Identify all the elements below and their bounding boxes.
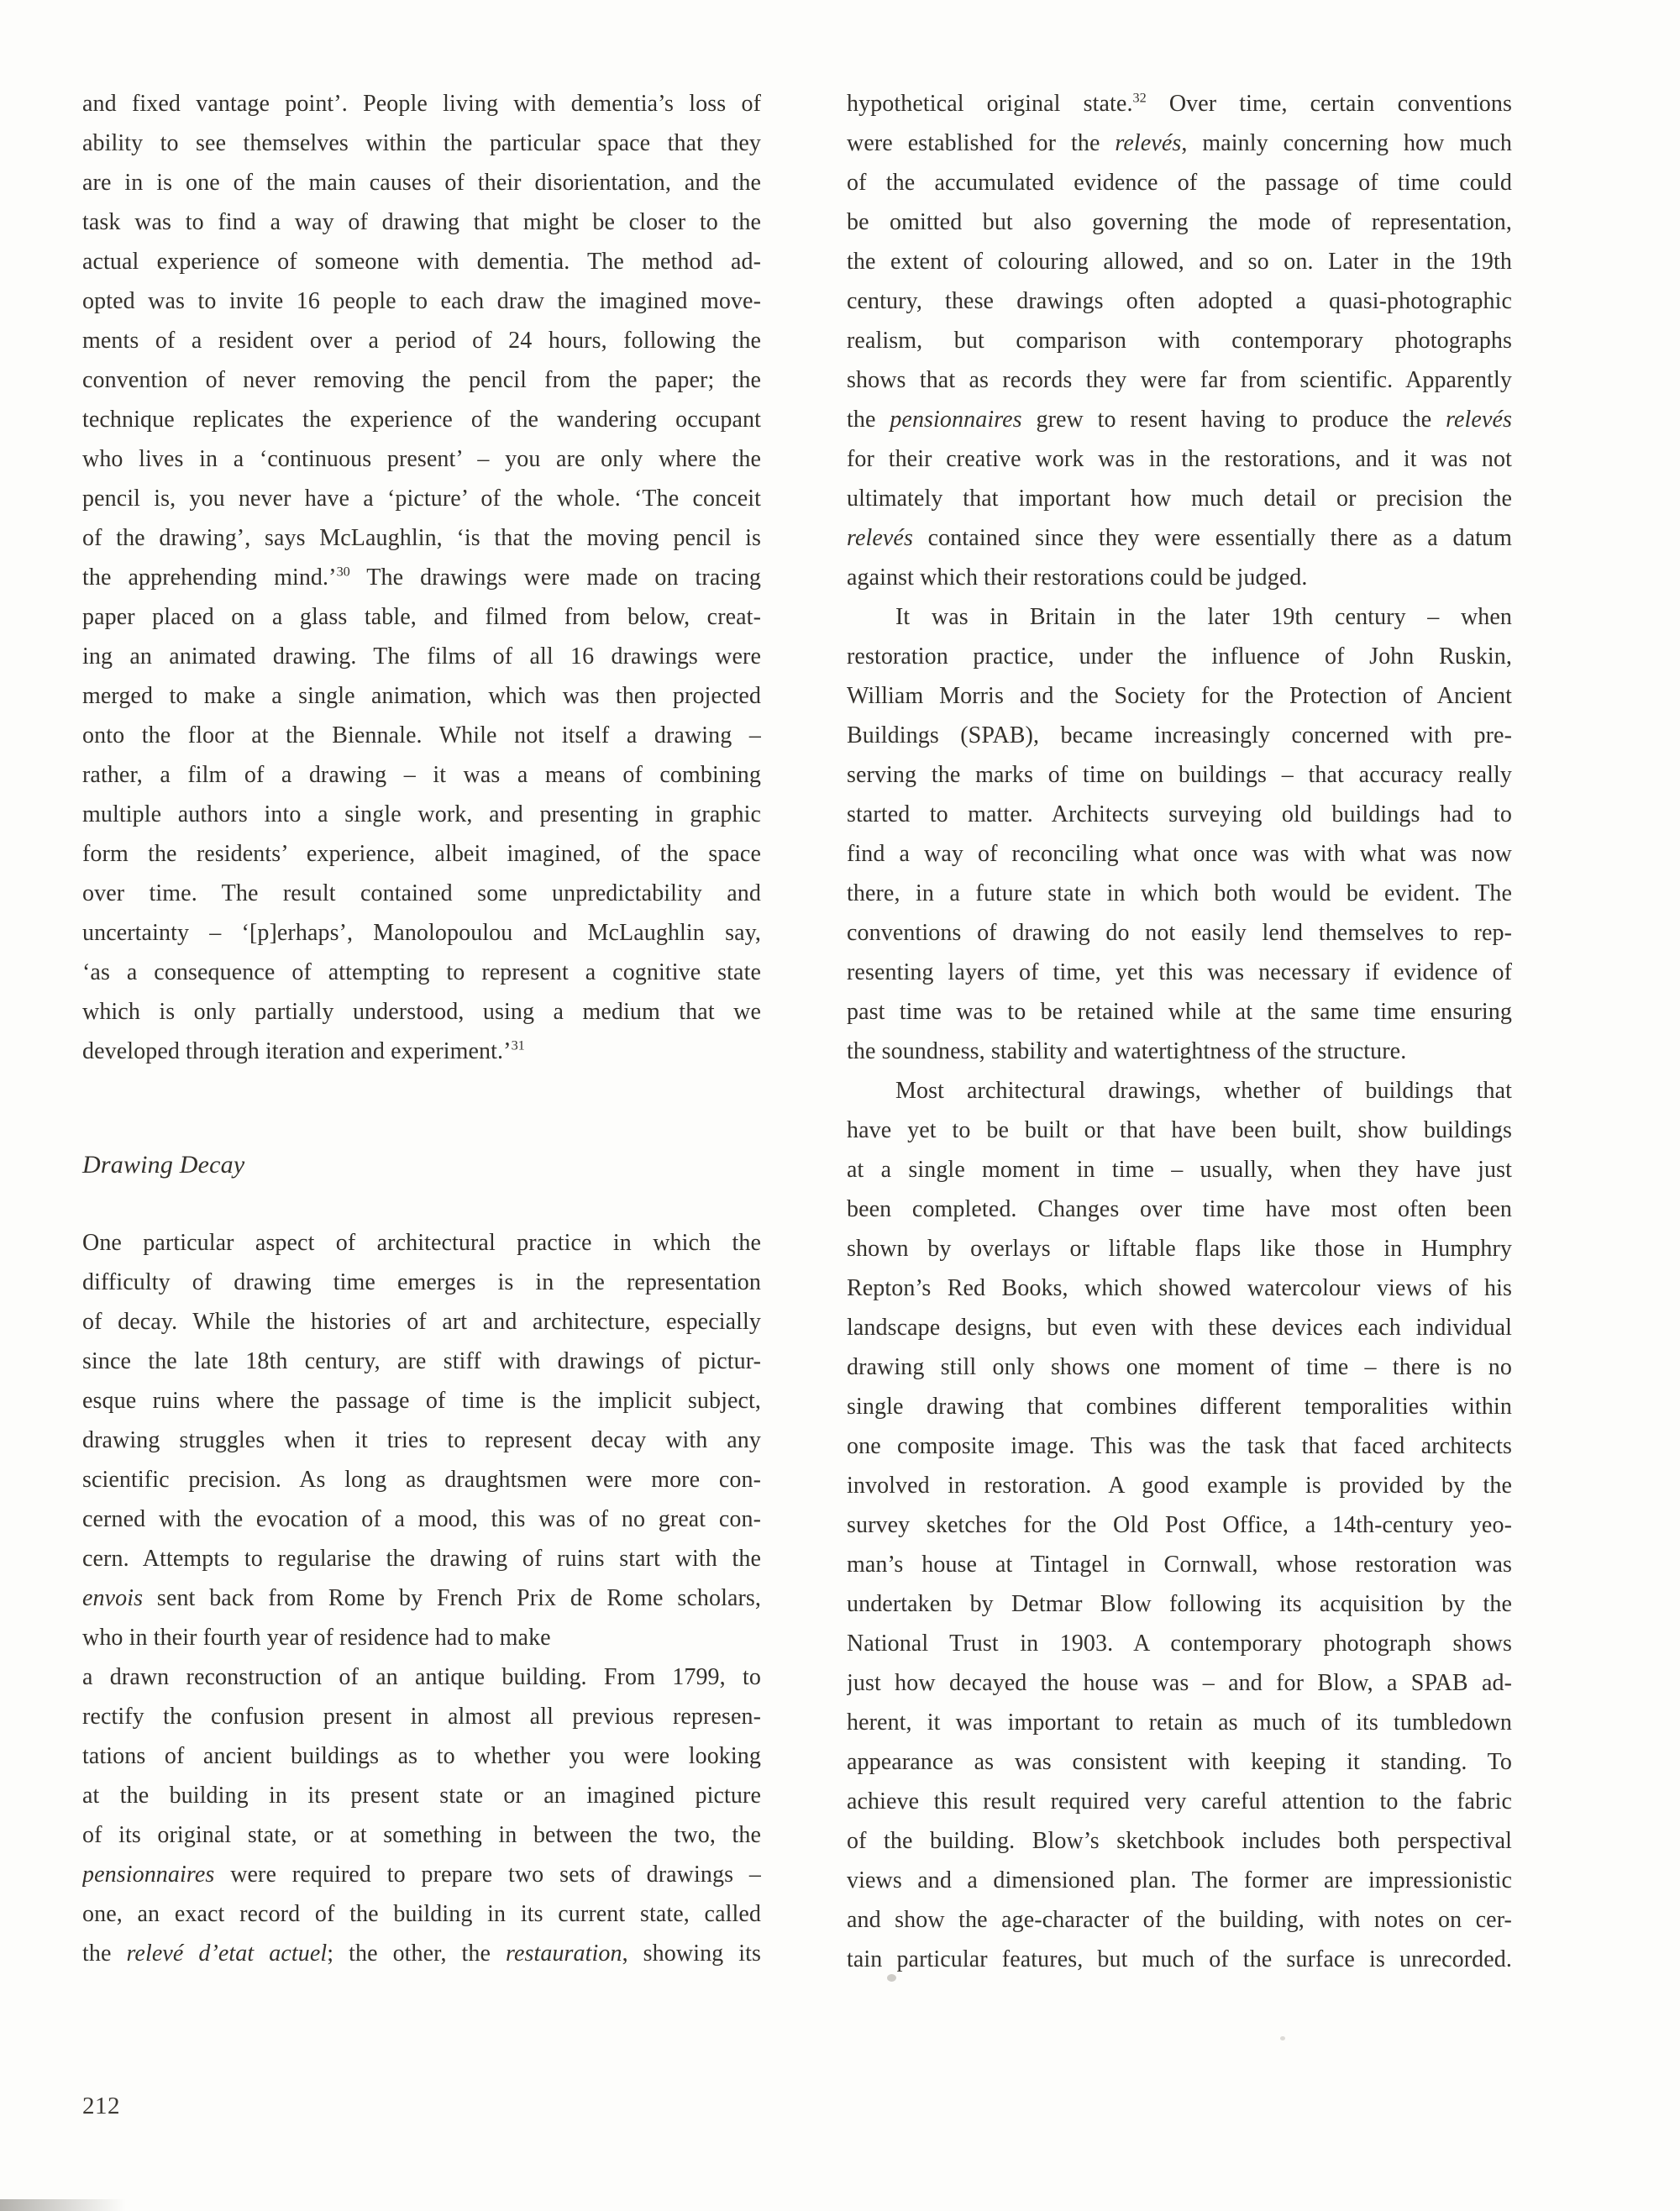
text-line: at the building in its present state or …	[82, 1776, 761, 1815]
text-line: century, these drawings often adopted a …	[847, 281, 1512, 321]
text-line: of the building. Blow’s sketchbook inclu…	[847, 1821, 1512, 1861]
text-line: merged to make a single animation, which…	[82, 676, 761, 716]
text-line: cerned with the evocation of a mood, thi…	[82, 1499, 761, 1539]
text-line: a drawn reconstruction of an antique bui…	[82, 1657, 761, 1697]
text-line: the soundness, stability and watertightn…	[847, 1032, 1512, 1071]
text-line: ultimately that important how much detai…	[847, 479, 1512, 518]
text-line: survey sketches for the Old Post Office,…	[847, 1505, 1512, 1545]
text-line: William Morris and the Society for the P…	[847, 676, 1512, 716]
text-line: single drawing that combines different t…	[847, 1387, 1512, 1426]
text-line: since the late 18th century, are stiff w…	[82, 1342, 761, 1381]
text-line: ments of a resident over a period of 24 …	[82, 321, 761, 360]
text-line: man’s house at Tintagel in Cornwall, who…	[847, 1545, 1512, 1584]
text-line: developed through iteration and experime…	[82, 1032, 761, 1071]
text-line: cern. Attempts to regularise the drawing…	[82, 1539, 761, 1578]
section-heading: Drawing Decay	[82, 1145, 761, 1184]
scan-speck	[1280, 2036, 1285, 2040]
text-line: It was in Britain in the later 19th cent…	[847, 597, 1512, 637]
text-line: ‘as a consequence of attempting to repre…	[82, 953, 761, 992]
text-line: shown by overlays or liftable flaps like…	[847, 1229, 1512, 1268]
text-line: relevés contained since they were essent…	[847, 518, 1512, 558]
text-line: which is only partially understood, usin…	[82, 992, 761, 1032]
text-line: Most architectural drawings, whether of …	[847, 1071, 1512, 1111]
paragraph: One particular aspect of architectural p…	[82, 1223, 761, 1973]
text-line: onto the floor at the Biennale. While no…	[82, 716, 761, 755]
text-line: past time was to be retained while at th…	[847, 992, 1512, 1032]
text-line: opted was to invite 16 people to each dr…	[82, 281, 761, 321]
text-line: be omitted but also governing the mode o…	[847, 202, 1512, 242]
text-line: uncertainty – ‘[p]erhaps’, Manolopoulou …	[82, 913, 761, 953]
text-line: multiple authors into a single work, and…	[82, 795, 761, 834]
text-line: pencil is, you never have a ‘picture’ of…	[82, 479, 761, 518]
scan-speck	[887, 1974, 896, 1982]
text-line: of the drawing’, says McLaughlin, ‘is th…	[82, 518, 761, 558]
text-line: convention of never removing the pencil …	[82, 360, 761, 400]
text-line: task was to find a way of drawing that m…	[82, 202, 761, 242]
text-line: conventions of drawing do not easily len…	[847, 913, 1512, 953]
book-page: and fixed vantage point’. People living …	[0, 0, 1680, 2211]
text-line: Buildings (SPAB), became increasingly co…	[847, 716, 1512, 755]
text-line: started to matter. Architects surveying …	[847, 795, 1512, 834]
text-line: One particular aspect of architectural p…	[82, 1223, 761, 1263]
text-line: are in is one of the main causes of thei…	[82, 163, 761, 202]
paragraph: hypothetical original state.32 Over time…	[847, 84, 1512, 597]
text-line: landscape designs, but even with these d…	[847, 1308, 1512, 1347]
text-line: hypothetical original state.32 Over time…	[847, 84, 1512, 123]
text-line: over time. The result contained some unp…	[82, 874, 761, 913]
text-line: scientific precision. As long as draught…	[82, 1460, 761, 1499]
text-line: realism, but comparison with contemporar…	[847, 321, 1512, 360]
text-line: of the accumulated evidence of the passa…	[847, 163, 1512, 202]
text-line: technique replicates the experience of t…	[82, 400, 761, 439]
text-line: form the residents’ experience, albeit i…	[82, 834, 761, 874]
text-line: of its original state, or at something i…	[82, 1815, 761, 1855]
text-line: pensionnaires were required to prepare t…	[82, 1855, 761, 1894]
text-line: undertaken by Detmar Blow following its …	[847, 1584, 1512, 1624]
text-line: drawing still only shows one moment of t…	[847, 1347, 1512, 1387]
text-line: paper placed on a glass table, and filme…	[82, 597, 761, 637]
text-line: there, in a future state in which both w…	[847, 874, 1512, 913]
left-column: and fixed vantage point’. People living …	[82, 84, 761, 1973]
text-line: shows that as records they were far from…	[847, 360, 1512, 400]
text-line: one, an exact record of the building in …	[82, 1894, 761, 1934]
text-line: against which their restorations could b…	[847, 558, 1512, 597]
text-line: views and a dimensioned plan. The former…	[847, 1861, 1512, 1900]
paragraph: Most architectural drawings, whether of …	[847, 1071, 1512, 1979]
paragraph: and fixed vantage point’. People living …	[82, 84, 761, 1071]
text-line: the extent of colouring allowed, and so …	[847, 242, 1512, 281]
text-line: envois sent back from Rome by French Pri…	[82, 1578, 761, 1618]
right-column: hypothetical original state.32 Over time…	[847, 84, 1512, 1979]
text-line: appearance as was consistent with keepin…	[847, 1742, 1512, 1782]
text-line: one composite image. This was the task t…	[847, 1426, 1512, 1466]
text-line: actual experience of someone with dement…	[82, 242, 761, 281]
text-line: have yet to be built or that have been b…	[847, 1111, 1512, 1150]
text-line: ability to see themselves within the par…	[82, 123, 761, 163]
text-line: been completed. Changes over time have m…	[847, 1190, 1512, 1229]
scan-edge-shadow	[0, 2199, 126, 2211]
text-line: at a single moment in time – usually, wh…	[847, 1150, 1512, 1190]
text-line: esque ruins where the passage of time is…	[82, 1381, 761, 1421]
text-line: drawing struggles when it tries to repre…	[82, 1421, 761, 1460]
text-line: of decay. While the histories of art and…	[82, 1302, 761, 1342]
text-line: who in their fourth year of residence ha…	[82, 1618, 761, 1657]
text-line: the pensionnaires grew to resent having …	[847, 400, 1512, 439]
text-line: tain particular features, but much of th…	[847, 1940, 1512, 1979]
text-line: achieve this result required very carefu…	[847, 1782, 1512, 1821]
page-number: 212	[82, 2093, 120, 2119]
text-line: National Trust in 1903. A contemporary p…	[847, 1624, 1512, 1663]
text-line: ing an animated drawing. The films of al…	[82, 637, 761, 676]
text-line: resenting layers of time, yet this was n…	[847, 953, 1512, 992]
text-line: the apprehending mind.’30 The drawings w…	[82, 558, 761, 597]
text-line: difficulty of drawing time emerges is in…	[82, 1263, 761, 1302]
text-line: the relevé d’etat actuel; the other, the…	[82, 1934, 761, 1973]
text-line: for their creative work was in the resto…	[847, 439, 1512, 479]
text-line: and fixed vantage point’. People living …	[82, 84, 761, 123]
text-line: rather, a film of a drawing – it was a m…	[82, 755, 761, 795]
text-line: and show the age-character of the buildi…	[847, 1900, 1512, 1940]
text-line: serving the marks of time on buildings –…	[847, 755, 1512, 795]
text-line: rectify the confusion present in almost …	[82, 1697, 761, 1736]
text-line: were established for the relevés, mainly…	[847, 123, 1512, 163]
text-line: find a way of reconciling what once was …	[847, 834, 1512, 874]
text-line: just how decayed the house was – and for…	[847, 1663, 1512, 1703]
text-line: Repton’s Red Books, which showed waterco…	[847, 1268, 1512, 1308]
text-line: who lives in a ‘continuous present’ – yo…	[82, 439, 761, 479]
text-line: herent, it was important to retain as mu…	[847, 1703, 1512, 1742]
paragraph: It was in Britain in the later 19th cent…	[847, 597, 1512, 1071]
text-line: tations of ancient buildings as to wheth…	[82, 1736, 761, 1776]
text-line: involved in restoration. A good example …	[847, 1466, 1512, 1505]
text-line: restoration practice, under the influenc…	[847, 637, 1512, 676]
